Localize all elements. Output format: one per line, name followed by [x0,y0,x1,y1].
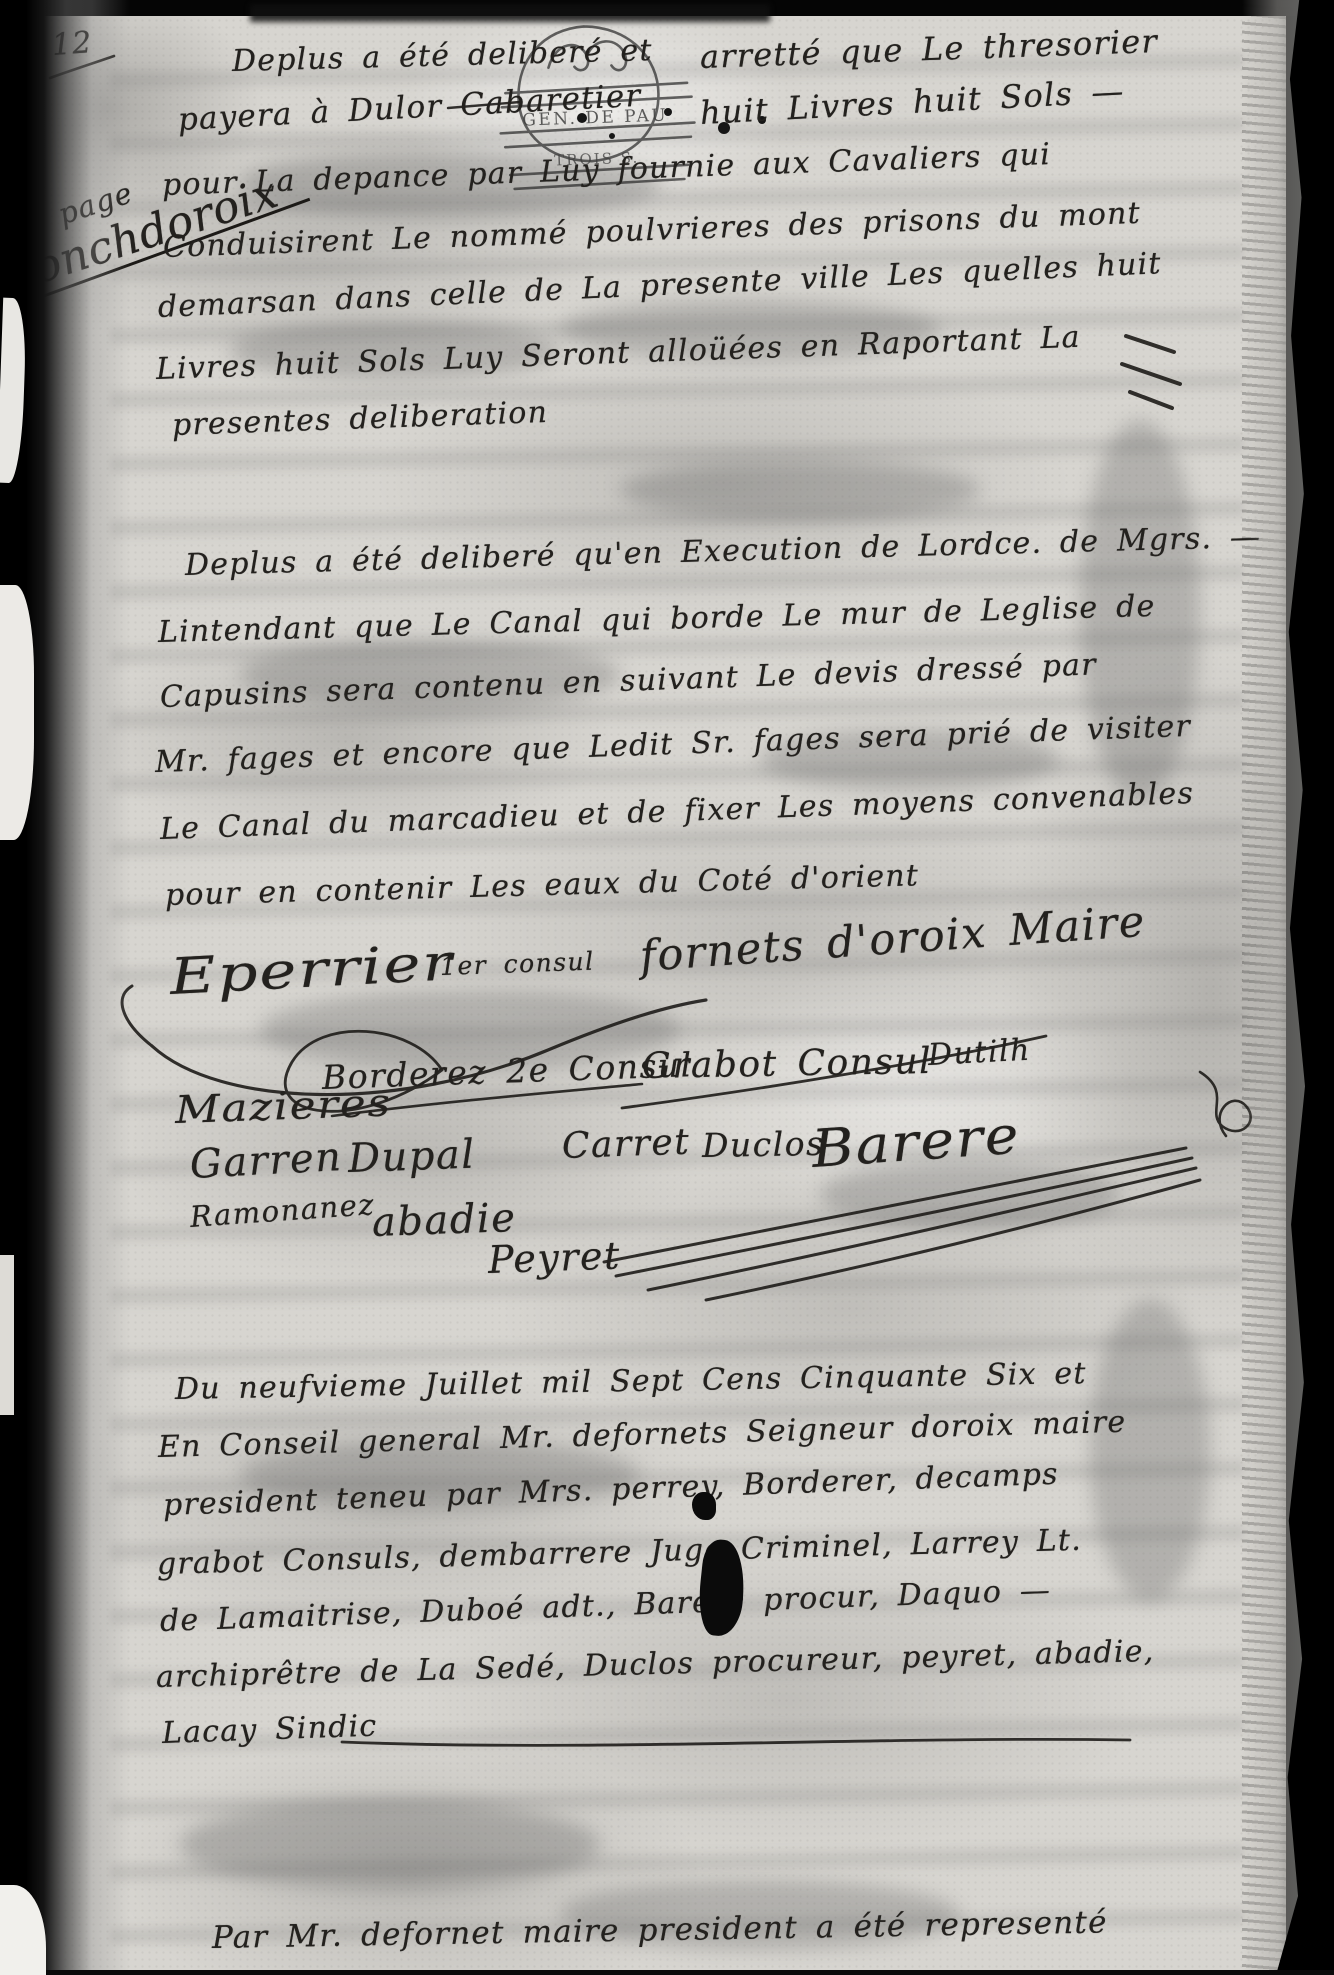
bleed-through-smudge [620,460,980,520]
torn-page-edge [0,585,34,840]
signature-garren: Garren [189,1134,344,1188]
signature-dutilh: Dutilh [927,1033,1032,1073]
scan-edge-bottom [0,1970,1334,1975]
manuscript-scan: GEN. DE PAU TROIS S. 12 [0,0,1334,1975]
torn-page-edge [0,1255,14,1415]
signature-grabot: Grabot Consul [642,1041,933,1087]
signature-dupal: Dupal [347,1132,476,1182]
signature-duclos: Duclos [702,1124,825,1165]
scan-edge-top-shadow [250,4,770,22]
binding-shadow-left [0,0,130,1975]
signature-premier-consul-title: 1er consul [439,947,595,981]
signature-mazieres: Mazieres [174,1080,392,1132]
bleed-through-smudge [180,1800,600,1890]
signature-carret: Carret [561,1122,691,1167]
signature-peyret: Peyret [487,1233,621,1282]
bleed-through-smudge [1090,1300,1210,1600]
ink-blot [692,1492,716,1520]
